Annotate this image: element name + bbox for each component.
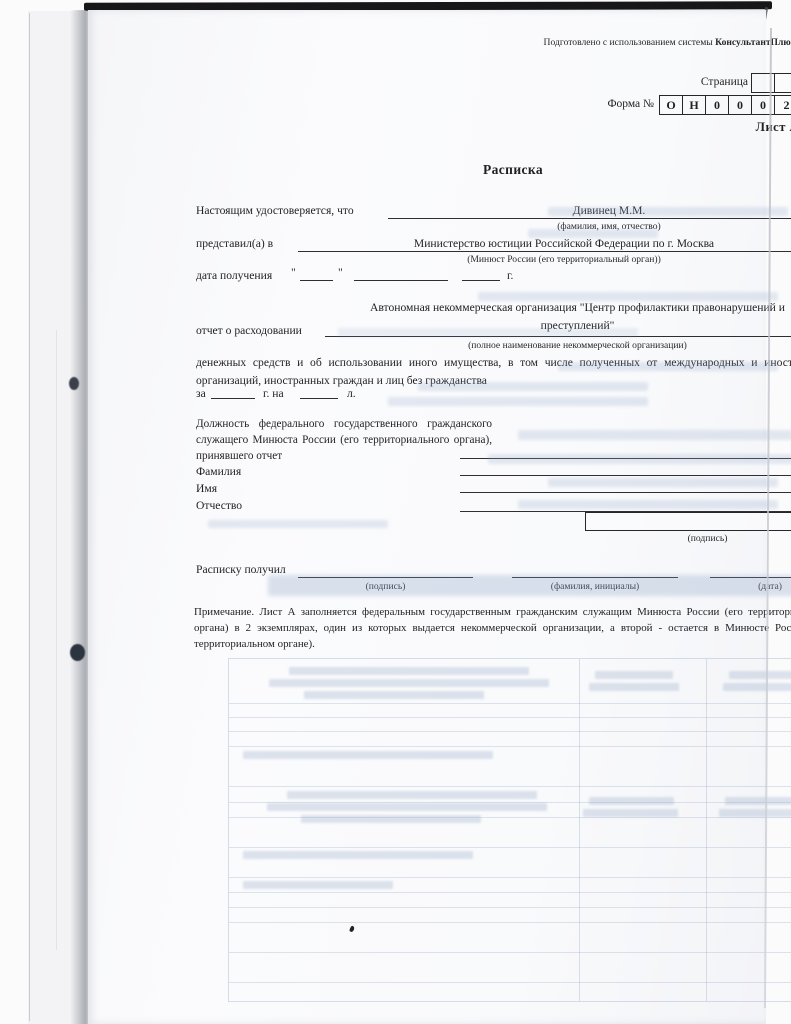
form-code-cell: Н <box>682 95 706 115</box>
organization-value-line1: Автономная некоммерческая организация "Ц… <box>370 301 785 314</box>
za-year-line <box>211 386 255 399</box>
prepared-note-brand: КонсультантПлюс <box>715 37 791 48</box>
bleedthrough-mark <box>418 382 648 391</box>
signature-box <box>585 512 791 531</box>
bleedthrough-mark <box>338 328 638 337</box>
certify-label: Настоящим удостоверяется, что <box>196 204 354 217</box>
bleedthrough-mark <box>488 454 791 464</box>
bleedthrough-text <box>729 671 791 679</box>
report-label: отчет о расходовании <box>196 324 302 337</box>
bleedthrough-text <box>287 791 537 799</box>
firstname-label: Имя <box>196 482 217 495</box>
document-title: Расписка <box>196 162 791 178</box>
bleedthrough-mark <box>478 292 778 301</box>
bleedthrough-table-line <box>229 892 791 893</box>
bleedthrough-text <box>243 751 493 759</box>
l-label: л. <box>347 387 356 400</box>
form-number-label: Форма № <box>578 98 654 110</box>
date-quote-close: " <box>338 266 343 279</box>
bleedthrough-mark <box>518 500 778 509</box>
bleedthrough-table-line <box>229 703 791 704</box>
surname-fill-line <box>460 462 791 476</box>
form-code-cell: 0 <box>728 95 752 115</box>
submitted-value: Министерство юстиции Российской Федераци… <box>298 237 791 250</box>
submitted-label: представил(а) в <box>196 237 273 250</box>
bleedthrough-text <box>595 671 673 679</box>
date-label: дата получения <box>196 269 272 282</box>
bleedthrough-table-line <box>229 786 791 787</box>
bleedthrough-table-line <box>579 659 580 1001</box>
paper-sheet: Подготовлено с использованием системы Ко… <box>88 10 766 1024</box>
sheet-label: Лист А <box>718 120 791 135</box>
bleedthrough-text <box>267 803 547 811</box>
page-number-label: Страница <box>674 76 748 88</box>
bleedthrough-table-line <box>706 659 707 1001</box>
bleedthrough-text <box>583 809 678 817</box>
prepared-note: Подготовлено с использованием системы Ко… <box>448 37 791 48</box>
bleedthrough-text <box>719 809 791 817</box>
footnote: Примечание. Лист А заполняется федеральн… <box>194 605 791 652</box>
g-na-label: г. на <box>263 387 284 400</box>
bleedthrough-mark <box>548 207 788 216</box>
patronymic-label: Отчество <box>196 499 242 512</box>
date-day-line <box>300 268 333 281</box>
bleedthrough-table-line <box>229 731 791 732</box>
scanned-document: Подготовлено с использованием системы Ко… <box>0 0 791 1024</box>
bleedthrough-text <box>301 815 481 823</box>
underlying-page-edge-line <box>29 13 30 1021</box>
signature-caption: (подпись) <box>585 533 791 544</box>
underlying-page-ghost-line <box>56 330 57 950</box>
bleedthrough-table-line <box>229 907 791 908</box>
form-code-cell: 2 <box>774 95 791 115</box>
bleedthrough-text <box>589 797 674 805</box>
bleedthrough-table-line <box>229 922 791 923</box>
bleedthrough-text <box>725 797 791 805</box>
bleedthrough-table-line <box>229 952 791 953</box>
sheets-count-line <box>300 386 338 399</box>
bleedthrough-mark <box>208 520 388 528</box>
bleedthrough-mark <box>548 478 778 487</box>
date-year-line <box>462 268 500 281</box>
bleedthrough-band <box>268 575 791 596</box>
bleedthrough-table-line <box>229 877 791 878</box>
official-position-label: Должность федерального государственного … <box>196 416 492 464</box>
bleedthrough-text <box>304 691 484 699</box>
bleedthrough-text <box>269 679 549 687</box>
bleedthrough-table-line <box>229 746 791 747</box>
date-quote-open: " <box>291 266 296 279</box>
punch-hole <box>69 377 79 390</box>
bleedthrough-mark <box>388 397 648 406</box>
bleedthrough-text <box>243 851 473 859</box>
page-number-cell <box>774 73 791 93</box>
date-suffix: г. <box>507 269 513 282</box>
bleedthrough-text <box>289 667 529 675</box>
bleedthrough-table-line <box>229 982 791 983</box>
surname-label: Фамилия <box>196 465 241 478</box>
prepared-note-prefix: Подготовлено с использованием системы <box>544 37 716 48</box>
bleedthrough-text <box>723 683 791 691</box>
date-month-line <box>354 268 448 281</box>
bleedthrough-mark <box>518 430 791 440</box>
form-code-cell: 0 <box>705 95 729 115</box>
bleedthrough-table <box>228 658 791 1002</box>
za-label: за <box>196 387 206 400</box>
bleedthrough-mark <box>558 362 778 371</box>
bleedthrough-table-line <box>229 717 791 718</box>
organization-caption: (полное наименование некоммерческой орга… <box>325 340 791 351</box>
bleedthrough-text <box>243 881 393 889</box>
punch-hole <box>70 644 85 661</box>
form-code-cell: О <box>659 95 683 115</box>
bleedthrough-mark <box>528 229 658 238</box>
bleedthrough-table-line <box>229 847 791 848</box>
submitted-caption: (Минюст России (его территориальный орга… <box>298 254 791 265</box>
bleedthrough-text <box>589 683 679 691</box>
